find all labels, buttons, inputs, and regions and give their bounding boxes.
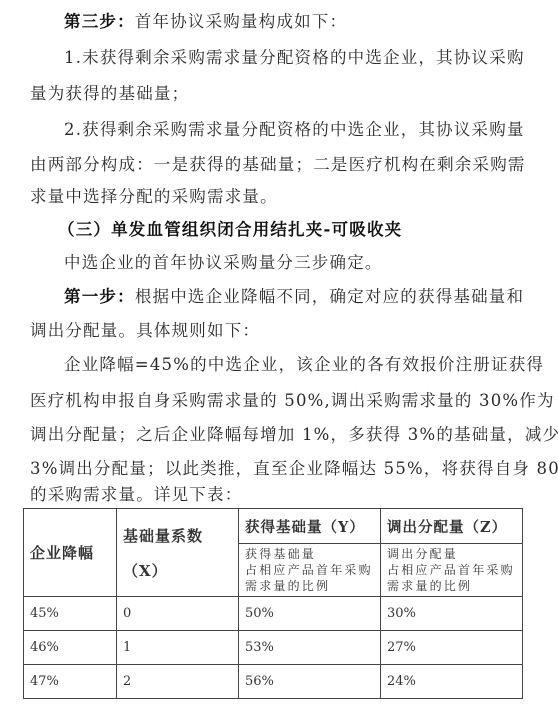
- subheader-out-line1: 调出分配量: [387, 546, 522, 562]
- document-page: 第三步：首年协议采购量构成如下： 1.未获得剩余采购需求量分配资格的中选企业，其…: [0, 0, 558, 727]
- item1-line1: 1.未获得剩余采购需求量分配资格的中选企业，其协议采购: [64, 48, 558, 68]
- subheader-out-line3: 需求量的比例: [387, 578, 522, 594]
- cell-out: 30%: [381, 597, 523, 631]
- step1-paragraph: 第一步：根据中选企业降幅不同，确定对应的获得基础量和: [64, 287, 558, 307]
- cell-coefficient: 0: [117, 597, 239, 631]
- table-row: 45% 0 50% 30%: [24, 597, 523, 631]
- subheader-base-amount: 获得基础量 占相应产品首年采购 需求量的比例: [239, 544, 381, 597]
- intro-paragraph: 中选企业的首年协议采购量分三步确定。: [64, 253, 558, 273]
- rule-line4: 3%调出分配量；以此类推，直至企业降幅达 55%，将获得自身 80%: [30, 459, 530, 479]
- header-reduction: 企业降幅: [24, 509, 117, 597]
- header-coefficient-line2: （X）: [123, 560, 238, 581]
- item2-line3: 求量中选择分配的采购需求量。: [30, 187, 530, 207]
- step3-label: 第三步：: [64, 12, 135, 31]
- step1-text-line2: 调出分配量。具体规则如下：: [30, 321, 530, 341]
- cell-reduction: 45%: [24, 597, 117, 631]
- cell-reduction: 47%: [24, 665, 117, 699]
- subheader-base-line3: 需求量的比例: [245, 578, 380, 594]
- section-heading: （三）单发血管组织闭合用结扎夹-可吸收夹: [58, 220, 558, 240]
- table-row: 47% 2 56% 24%: [24, 665, 523, 699]
- cell-out: 27%: [381, 631, 523, 665]
- subheader-out-line2: 占相应产品首年采购: [387, 562, 522, 578]
- rule-line5: 的采购需求量。详见下表：: [30, 485, 530, 505]
- cell-coefficient: 1: [117, 631, 239, 665]
- header-coefficient: 基础量系数 （X）: [117, 509, 239, 597]
- subheader-base-line2: 占相应产品首年采购: [245, 562, 380, 578]
- cell-base: 53%: [239, 631, 381, 665]
- cell-coefficient: 2: [117, 665, 239, 699]
- step3-text: 首年协议采购量构成如下：: [135, 12, 347, 31]
- table-header-row: 企业降幅 基础量系数 （X） 获得基础量（Y） 调出分配量（Z）: [24, 509, 523, 544]
- item2-line2: 由两部分构成：一是获得的基础量；二是医疗机构在剩余采购需: [30, 155, 530, 175]
- rule-line1: 企业降幅=45%的中选企业，该企业的各有效报价注册证获得: [64, 355, 558, 375]
- cell-reduction: 46%: [24, 631, 117, 665]
- header-coefficient-line1: 基础量系数: [123, 525, 238, 546]
- cell-base: 56%: [239, 665, 381, 699]
- header-out-amount: 调出分配量（Z）: [381, 509, 523, 544]
- rule-line2: 医疗机构申报自身采购需求量的 50%,调出采购需求量的 30%作为: [30, 391, 530, 411]
- step1-text-line1: 根据中选企业降幅不同，确定对应的获得基础量和: [135, 287, 524, 306]
- cell-base: 50%: [239, 597, 381, 631]
- step1-label: 第一步：: [64, 287, 135, 306]
- step3-paragraph: 第三步：首年协议采购量构成如下：: [64, 12, 558, 32]
- allocation-table: 企业降幅 基础量系数 （X） 获得基础量（Y） 调出分配量（Z） 获得基础量 占…: [23, 508, 523, 699]
- header-base-amount: 获得基础量（Y）: [239, 509, 381, 544]
- item2-line1: 2.获得剩余采购需求量分配资格的中选企业，其协议采购量: [64, 120, 558, 140]
- rule-line3: 调出分配量；之后企业降幅每增加 1%，多获得 3%的基础量，减少: [30, 425, 530, 445]
- subheader-out-amount: 调出分配量 占相应产品首年采购 需求量的比例: [381, 544, 523, 597]
- cell-out: 24%: [381, 665, 523, 699]
- table-row: 46% 1 53% 27%: [24, 631, 523, 665]
- item1-line2: 量为获得的基础量；: [30, 84, 530, 104]
- subheader-base-line1: 获得基础量: [245, 546, 380, 562]
